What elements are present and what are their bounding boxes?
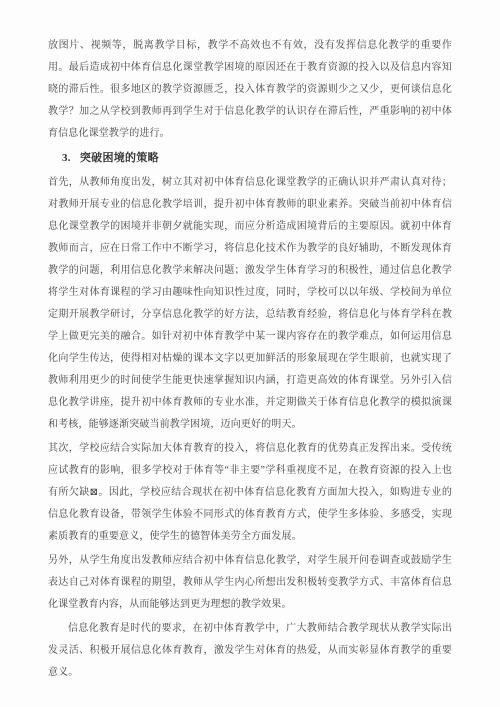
section-title: 突破困境的策略 [80,152,159,164]
body-paragraph-students: 另外，从学生角度出发教师应结合初中体育信息化教学，对学生展开问卷调查或鼓励学生表… [48,550,452,616]
body-paragraph-continuation: 放图片、视频等，脱离教学目标，教学不高效也不有效，没有发挥信息化教学的重要作用。… [48,35,452,145]
section-number: 3. [62,152,71,164]
section-heading: 3.突破困境的策略 [48,147,452,169]
body-paragraph-schools: 其次，学校应结合实际加大体育教育的投入，将信息化教育的优势真正发挥出来。受传统应… [48,438,452,548]
body-paragraph-conclusion: 信息化教育是时代的要求，在初中体育教学中，广大教师结合教学现状从教学实际出发灵活… [48,618,452,684]
body-paragraph-teachers: 首先，从教师角度出发，树立其对初中体育信息化课堂教学的正确认识并严肃认真对待；对… [48,172,452,436]
document-page: 放图片、视频等，脱离教学目标，教学不高效也不有效，没有发挥信息化教学的重要作用。… [0,0,500,707]
